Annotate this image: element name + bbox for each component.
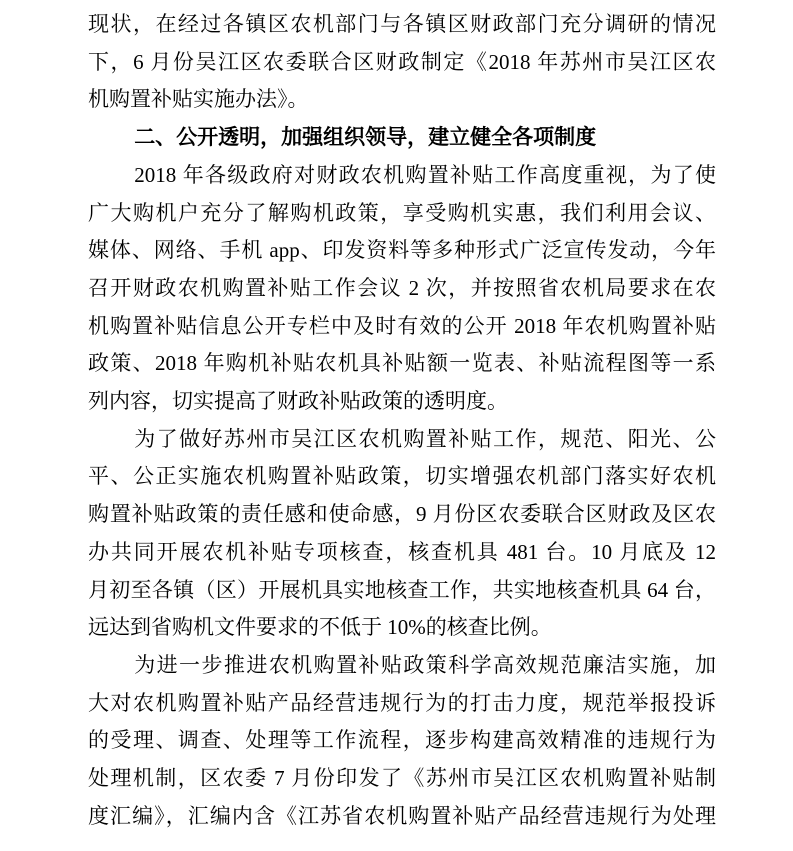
text-line: 办共同开展农机补贴专项核查，核查机具 481 台。10 月底及 12	[88, 534, 716, 572]
text-line: 现状，在经过各镇区农机部门与各镇区财政部门充分调研的情况	[88, 6, 716, 44]
text-line: 政策、2018 年购机补贴农机具补贴额一览表、补贴流程图等一系	[88, 345, 716, 383]
text-line: 大对农机购置补贴产品经营违规行为的打击力度，规范举报投诉	[88, 685, 716, 723]
text-line: 处理机制，区农委 7 月份印发了《苏州市吴江区农机购置补贴制	[88, 760, 716, 798]
document-page: 现状，在经过各镇区农机部门与各镇区财政部门充分调研的情况 下，6 月份吴江区农委…	[0, 0, 793, 851]
paragraph-continued: 现状，在经过各镇区农机部门与各镇区财政部门充分调研的情况 下，6 月份吴江区农委…	[88, 6, 716, 119]
text-line: 为了做好苏州市吴江区农机购置补贴工作，规范、阳光、公	[88, 421, 716, 459]
text-line: 度汇编》，汇编内含《江苏省农机购置补贴产品经营违规行为处理	[88, 798, 716, 836]
section-heading: 二、公开透明，加强组织领导，建立健全各项制度	[88, 119, 716, 157]
paragraph-publicity: 2018 年各级政府对财政农机购置补贴工作高度重视，为了使 广大购机户充分了解购…	[88, 157, 716, 421]
text-line: 平、公正实施农机购置补贴政策，切实增强农机部门落实好农机	[88, 458, 716, 496]
text-line: 机购置补贴实施办法》。	[88, 81, 716, 119]
text-line: 机购置补贴信息公开专栏中及时有效的公开 2018 年农机购置补贴	[88, 308, 716, 346]
heading-line: 二、公开透明，加强组织领导，建立健全各项制度	[88, 119, 716, 157]
text-line: 2018 年各级政府对财政农机购置补贴工作高度重视，为了使	[88, 157, 716, 195]
paragraph-inspection: 为了做好苏州市吴江区农机购置补贴工作，规范、阳光、公 平、公正实施农机购置补贴政…	[88, 421, 716, 647]
text-line: 广大购机户充分了解购机政策，享受购机实惠，我们利用会议、	[88, 195, 716, 233]
text-line: 远达到省购机文件要求的不低于 10%的核查比例。	[88, 609, 716, 647]
text-line: 下，6 月份吴江区农委联合区财政制定《2018 年苏州市吴江区农	[88, 44, 716, 82]
text-line: 的受理、调查、处理等工作流程，逐步构建高效精准的违规行为	[88, 722, 716, 760]
text-line: 召开财政农机购置补贴工作会议 2 次，并按照省农机局要求在农	[88, 270, 716, 308]
paragraph-violation-handling: 为进一步推进农机购置补贴政策科学高效规范廉洁实施，加 大对农机购置补贴产品经营违…	[88, 647, 716, 836]
text-line: 列内容，切实提高了财政补贴政策的透明度。	[88, 383, 716, 421]
text-line: 月初至各镇（区）开展机具实地核查工作，共实地核查机具 64 台，	[88, 572, 716, 610]
text-line: 媒体、网络、手机 app、印发资料等多种形式广泛宣传发动，今年	[88, 232, 716, 270]
text-line: 购置补贴政策的责任感和使命感，9 月份区农委联合区财政及区农	[88, 496, 716, 534]
text-line: 为进一步推进农机购置补贴政策科学高效规范廉洁实施，加	[88, 647, 716, 685]
